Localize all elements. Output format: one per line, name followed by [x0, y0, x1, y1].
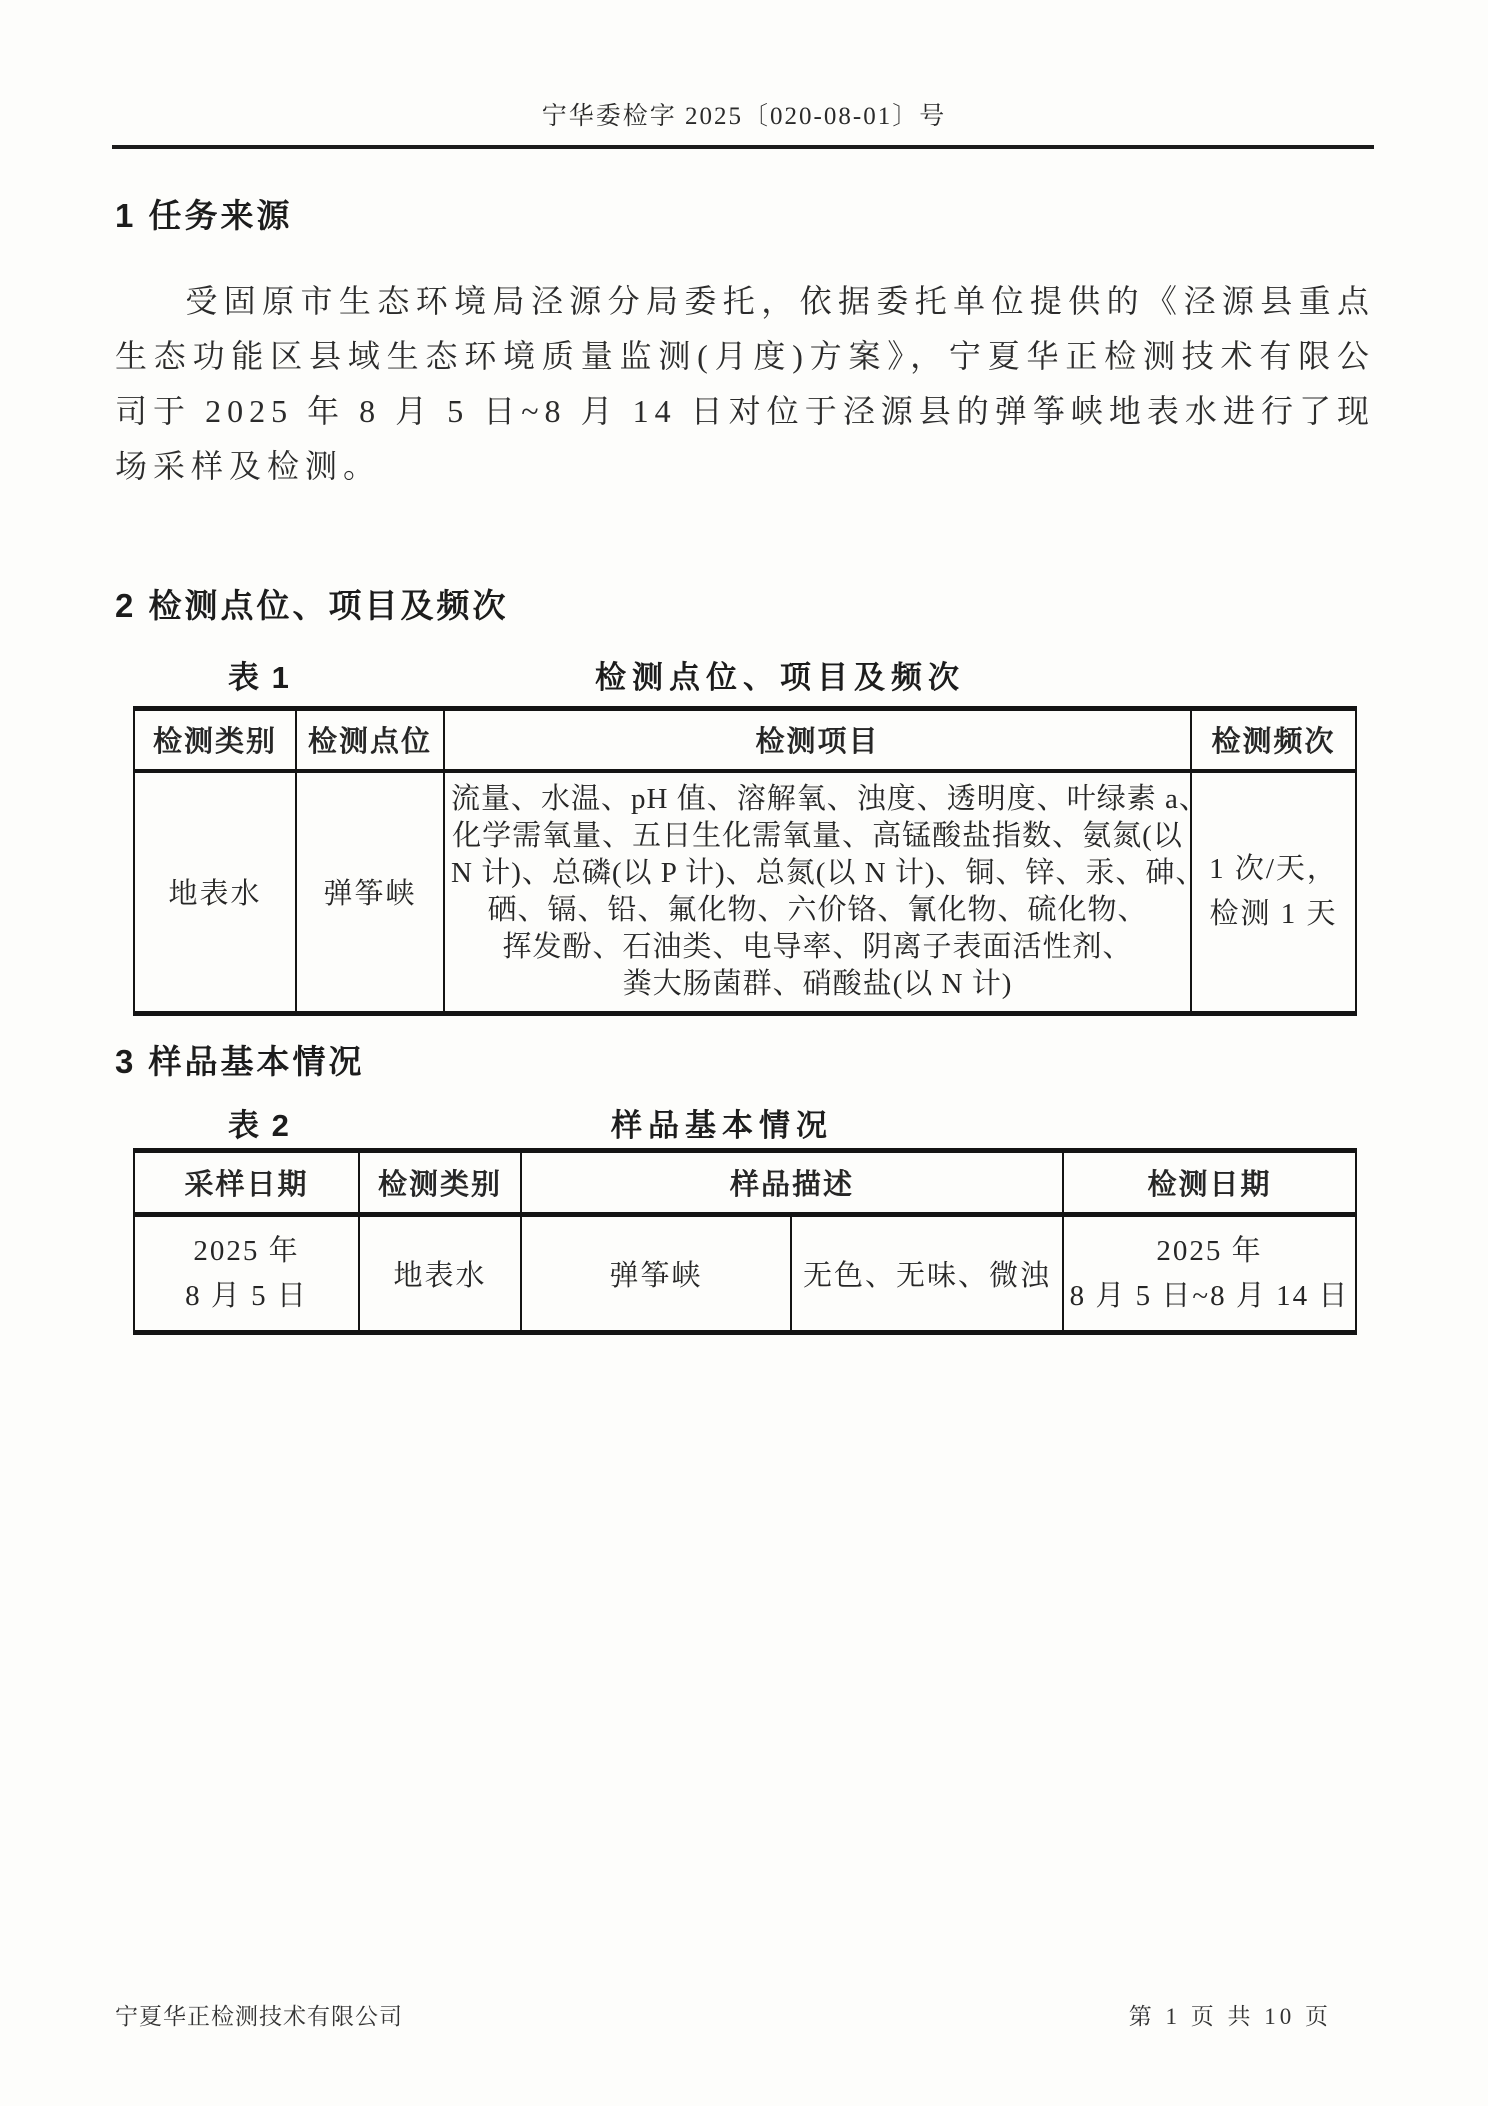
items-line: 流量、水温、pH 值、溶解氧、浊度、透明度、叶绿素 a、	[451, 781, 1184, 818]
document-page: 宁华委检字 2025〔020-08-01〕号 1 任务来源 受固原市生态环境局泾…	[0, 0, 1488, 2106]
table2-cell-sample-date: 2025 年 8 月 5 日	[134, 1215, 359, 1333]
table1-cell-category: 地表水	[134, 771, 296, 1014]
table2-data-row: 2025 年 8 月 5 日 地表水 弹筝峡 无色、无味、微浊 2025 年 8…	[134, 1215, 1356, 1333]
table2-caption: 表 2 样品基本情况	[133, 1100, 1355, 1144]
section-heading-task-source: 1 任务来源	[115, 190, 293, 237]
items-line: 硒、镉、铅、氟化物、六价铬、氰化物、硫化物、	[451, 892, 1184, 929]
frequency-line: 检测 1 天	[1192, 892, 1355, 937]
table1-header-items: 检测项目	[444, 709, 1191, 771]
table1-cell-frequency: 1 次/天， 检测 1 天	[1191, 771, 1356, 1014]
table1-caption: 表 1 检测点位、项目及频次	[133, 652, 1355, 696]
sample-date-line: 2025 年	[135, 1229, 358, 1274]
page-indicator: 第 1 页 共 10 页	[1129, 1998, 1332, 2031]
items-line: 化学需氧量、五日生化需氧量、高锰酸盐指数、氨氮(以	[451, 818, 1184, 855]
table2-header-description: 样品描述	[521, 1151, 1063, 1215]
sample-date-line: 8 月 5 日	[135, 1274, 358, 1319]
test-date-line: 2025 年	[1064, 1229, 1355, 1274]
items-line: 挥发酚、石油类、电导率、阴离子表面活性剂、	[451, 929, 1184, 966]
table1-cell-items: 流量、水温、pH 值、溶解氧、浊度、透明度、叶绿素 a、 化学需氧量、五日生化需…	[444, 771, 1191, 1014]
table2-cell-site: 弹筝峡	[521, 1215, 791, 1333]
test-date-line: 8 月 5 日~8 月 14 日	[1064, 1274, 1355, 1319]
table2-label: 表 2	[228, 1100, 291, 1145]
frequency-line: 1 次/天，	[1192, 847, 1355, 892]
table1-header-site: 检测点位	[296, 709, 444, 771]
table2-cell-test-date: 2025 年 8 月 5 日~8 月 14 日	[1063, 1215, 1356, 1333]
header-rule	[112, 145, 1374, 149]
table1-header-category: 检测类别	[134, 709, 296, 771]
table2-cell-category: 地表水	[359, 1215, 521, 1333]
table1-header-frequency: 检测频次	[1191, 709, 1356, 771]
task-source-paragraph: 受固原市生态环境局泾源分局委托，依据委托单位提供的《泾源县重点生态功能区县域生态…	[115, 274, 1375, 494]
table2-cell-description: 无色、无味、微浊	[791, 1215, 1063, 1333]
table2-title: 样品基本情况	[611, 1100, 833, 1145]
table2-header-category: 检测类别	[359, 1151, 521, 1215]
section-heading-monitoring-points: 2 检测点位、项目及频次	[115, 580, 509, 627]
items-line: 粪大肠菌群、硝酸盐(以 N 计)	[451, 966, 1184, 1003]
table2-header-sample-date: 采样日期	[134, 1151, 359, 1215]
table1-title: 检测点位、项目及频次	[595, 652, 965, 697]
section-heading-sample-info: 3 样品基本情况	[115, 1036, 365, 1083]
items-line: N 计)、总磷(以 P 计)、总氮(以 N 计)、铜、锌、汞、砷、	[451, 855, 1184, 892]
doc-number: 宁华委检字 2025〔020-08-01〕号	[0, 96, 1488, 132]
table2-header-row: 采样日期 检测类别 样品描述 检测日期	[134, 1151, 1356, 1215]
table1-label: 表 1	[228, 652, 291, 697]
table2: 采样日期 检测类别 样品描述 检测日期 2025 年 8 月 5 日 地表水 弹…	[133, 1148, 1357, 1335]
table1: 检测类别 检测点位 检测项目 检测频次 地表水 弹筝峡 流量、水温、pH 值、溶…	[133, 706, 1357, 1016]
table2-header-test-date: 检测日期	[1063, 1151, 1356, 1215]
table1-data-row: 地表水 弹筝峡 流量、水温、pH 值、溶解氧、浊度、透明度、叶绿素 a、 化学需…	[134, 771, 1356, 1014]
table1-cell-site: 弹筝峡	[296, 771, 444, 1014]
table1-header-row: 检测类别 检测点位 检测项目 检测频次	[134, 709, 1356, 771]
footer-company: 宁夏华正检测技术有限公司	[115, 1998, 403, 2031]
